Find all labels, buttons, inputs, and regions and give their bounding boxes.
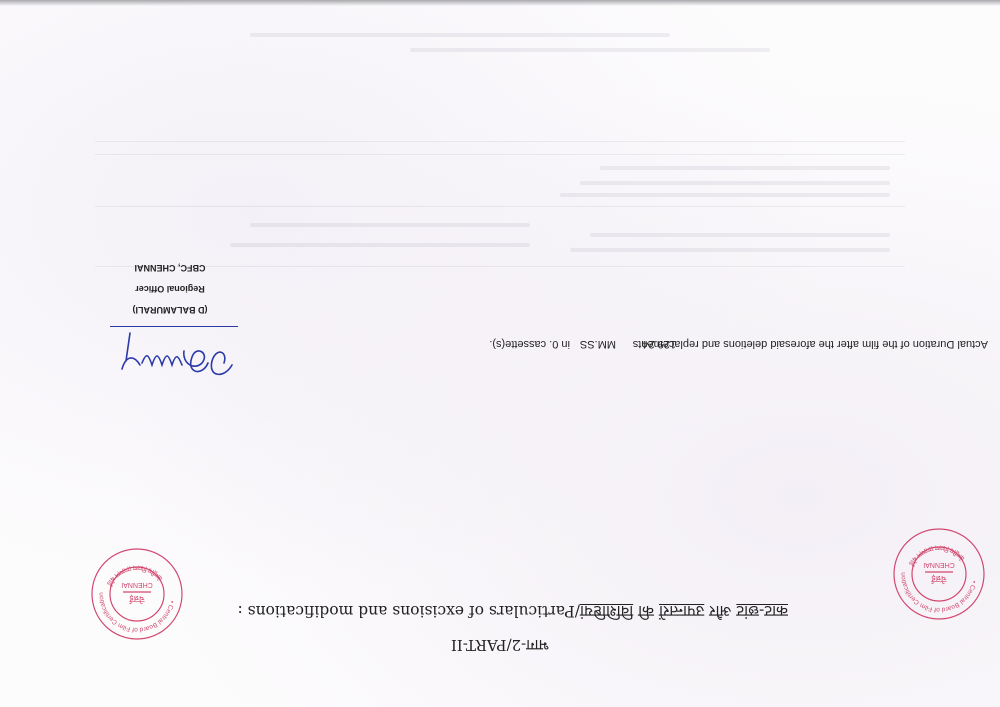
duration-label: Actual Duration of the film after the af… (633, 338, 988, 350)
heading-english: /Particulars of excisions and modificati… (237, 602, 579, 620)
svg-text:CHENNAI: CHENNAI (121, 581, 153, 588)
svg-text:CHENNAI: CHENNAI (923, 561, 955, 568)
svg-text:चेन्नई: चेन्नई (128, 593, 144, 605)
heading-hindi-of: की (633, 602, 659, 620)
signatory-block: (D BALAMURALI) Regional Officer CBFC, CH… (100, 257, 240, 320)
heading-hindi-3: विशिष्टियां (580, 602, 633, 620)
heading-hindi-2: उपान्तरों (659, 602, 704, 620)
cbfc-stamp-icon: चेन्नई CHENNAI • Central Board of Film C… (89, 546, 185, 642)
duration-unit: MM.SS (580, 338, 616, 350)
scan-edge-shadow (0, 0, 1000, 6)
scanned-certificate-page: भाग-2/PART-II काट-छांट और उपान्तरों की व… (0, 0, 1000, 707)
cbfc-stamp-icon: चेन्नई CHENNAI • Central Board of Film C… (891, 526, 987, 622)
heading-hindi-and: और (704, 602, 736, 620)
signatory-title: Regional Officer (100, 278, 240, 299)
svg-text:चेन्नई: चेन्नई (930, 573, 946, 585)
cassette-count: in 0. cassette(s). (489, 338, 570, 350)
signature-icon (108, 327, 238, 385)
signatory-office: CBFC, CHENNAI (100, 257, 240, 278)
signature-line (110, 326, 238, 327)
duration-value: 129.24 (642, 338, 676, 350)
heading-hindi-1: काट-छांट (736, 602, 788, 620)
section-heading: काट-छांट और उपान्तरों की विशिष्टियां/Par… (237, 601, 788, 623)
signatory-name: (D BALAMURALI) (100, 299, 240, 320)
